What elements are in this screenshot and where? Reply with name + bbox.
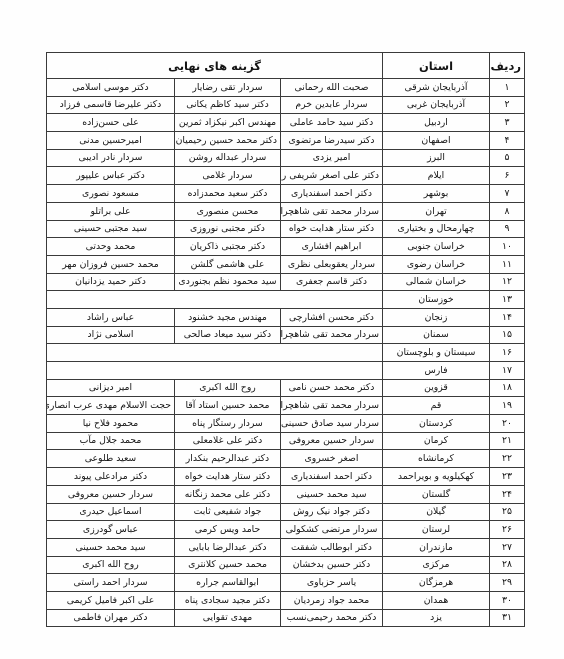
row-number-cell: ۲۱ <box>490 432 525 450</box>
province-cell: اصفهان <box>383 132 490 150</box>
option-cell-3: سردار نادر ادیبی <box>46 149 174 167</box>
province-cell: گیلان <box>383 503 490 521</box>
option-cell-1: سردار حسین معروفی <box>281 432 383 450</box>
province-cell: مرکزی <box>383 556 490 574</box>
option-cell-2: سردار تقی رضایار <box>175 79 281 97</box>
province-cell: خراسان رضوی <box>383 255 490 273</box>
table-row: ۲۶لرستانسردار مرتضی کشکولیحامد ویس کرمیع… <box>46 521 524 539</box>
option-cell-2: حامد ویس کرمی <box>175 521 281 539</box>
row-number-cell: ۹ <box>490 220 525 238</box>
option-cell-2: سردار غلامی <box>175 167 281 185</box>
option-cell-3: دکتر حمید یزدانیان <box>46 273 174 291</box>
option-cell-1: دکتر محمد رحیمی‌نسب <box>281 609 383 627</box>
row-number-cell: ۲۶ <box>490 521 525 539</box>
header-row: ردیف استان گزینه های نهایی <box>46 53 524 79</box>
option-cell-2: دکتر مجید سجادی پناه <box>175 591 281 609</box>
table-row: ۲۳کهکیلویه و بویراحمددکتر احمد اسفندیاری… <box>46 468 524 486</box>
province-cell: لرستان <box>383 521 490 539</box>
row-number-cell: ۱۱ <box>490 255 525 273</box>
province-cell: قزوین <box>383 379 490 397</box>
table-row: ۱۷فارس <box>46 362 524 380</box>
row-number-cell: ۱۹ <box>490 397 525 415</box>
option-cell-1: دکتر احمد اسفندیاری <box>281 185 383 203</box>
option-cell-1: دکتر جواد نیک روش <box>281 503 383 521</box>
option-cell-3: سید مجتبی حسینی <box>46 220 174 238</box>
option-cell-1: سردار مرتضی کشکولی <box>281 521 383 539</box>
row-number-cell: ۳ <box>490 114 525 132</box>
table-row: ۷بوشهردکتر احمد اسفندیاریدکتر سعید محمدز… <box>46 185 524 203</box>
row-number-cell: ۵ <box>490 149 525 167</box>
province-cell: البرز <box>383 149 490 167</box>
table-row: ۲۴گلستانسید محمد حسینیدکتر علی محمد زنگا… <box>46 485 524 503</box>
option-cell-2: محسن منصوری <box>175 202 281 220</box>
province-cell: هرمزگان <box>383 574 490 592</box>
option-cell-3: محمود فلاح نیا <box>46 415 174 433</box>
row-number-cell: ۷ <box>490 185 525 203</box>
province-cell: کرمان <box>383 432 490 450</box>
option-cell-1: دکتر قاسم جعفری <box>281 273 383 291</box>
option-cell-1: دکتر سید حامد عاملی <box>281 114 383 132</box>
province-cell: قم <box>383 397 490 415</box>
option-cell-2: مهندس مجید خشنود <box>175 308 281 326</box>
option-cell-3: دکتر مرادعلی پیوند <box>46 468 174 486</box>
table-row: ۴اصفهاندکتر سیدرضا مرتضویدکتر محمد حسین … <box>46 132 524 150</box>
option-cell-1: سردار محمد تقی شاهچراغی <box>281 326 383 344</box>
option-cell-1: صحبت الله رحمانی <box>281 79 383 97</box>
option-cell-2: علی هاشمی گلشن <box>175 255 281 273</box>
option-cell-1: محمد جواد زمردیان <box>281 591 383 609</box>
table-row: ۱۹قمسردار محمد تقی شاهچراغیمحمد حسین است… <box>46 397 524 415</box>
row-number-cell: ۱۴ <box>490 308 525 326</box>
province-cell: یزد <box>383 609 490 627</box>
option-cell-2: دکتر عبدالرضا بابایی <box>175 538 281 556</box>
option-cell-1: دکتر محسن افشارچی <box>281 308 383 326</box>
governor-candidates-table: ردیف استان گزینه های نهایی ۱آذربایجان شر… <box>46 52 525 627</box>
province-cell: تهران <box>383 202 490 220</box>
option-cell-2: دکتر سید میعاد صالحی <box>175 326 281 344</box>
province-cell: آذربایجان شرقی <box>383 79 490 97</box>
scanned-page: ردیف استان گزینه های نهایی ۱آذربایجان شر… <box>0 0 564 659</box>
option-cell-1: سردار عابدین خرم <box>281 96 383 114</box>
option-cell-3: عباس راشاد <box>46 308 174 326</box>
table-row: ۲آذربایجان غربیسردار عابدین خرمدکتر سید … <box>46 96 524 114</box>
table-row: ۱آذربایجان شرقیصحبت الله رحمانیسردار تقی… <box>46 79 524 97</box>
row-number-cell: ۲۸ <box>490 556 525 574</box>
options-merged-empty-cell <box>46 362 382 380</box>
option-cell-1: دکتر ابوطالب شفقت <box>281 538 383 556</box>
option-cell-3: سردار حسین معروفی <box>46 485 174 503</box>
option-cell-2: دکتر مجتبی نوروزی <box>175 220 281 238</box>
option-cell-2: دکتر محمد حسین رحیمیان <box>175 132 281 150</box>
table-row: ۱۳خوزستان <box>46 291 524 309</box>
option-cell-2: محمد حسین استاد آقا <box>175 397 281 415</box>
row-number-cell: ۱۰ <box>490 238 525 256</box>
province-cell: ایلام <box>383 167 490 185</box>
row-number-cell: ۶ <box>490 167 525 185</box>
table-row: ۱۰خراسان جنوبیابراهیم افشاریدکتر مجتبی ذ… <box>46 238 524 256</box>
row-number-cell: ۱۶ <box>490 344 525 362</box>
province-cell: خراسان جنوبی <box>383 238 490 256</box>
option-cell-2: دکتر مجتبی ذاکریان <box>175 238 281 256</box>
option-cell-1: اصغر خسروی <box>281 450 383 468</box>
option-cell-1: امیر یزدی <box>281 149 383 167</box>
province-cell: کهکیلویه و بویراحمد <box>383 468 490 486</box>
option-cell-1: سردار محمد تقی شاهچراغی <box>281 397 383 415</box>
option-cell-2: ابوالقاسم جراره <box>175 574 281 592</box>
option-cell-1: دکتر سیدرضا مرتضوی <box>281 132 383 150</box>
province-cell: اردبیل <box>383 114 490 132</box>
option-cell-1: سردار یعقوبعلی نظری <box>281 255 383 273</box>
table-row: ۵البرزامیر یزدیسردار عبداله روشنسردار نا… <box>46 149 524 167</box>
province-cell: چهارمحال و بختیاری <box>383 220 490 238</box>
table-row: ۱۸قزویندکتر محمد حسن نامیروح الله اکبریا… <box>46 379 524 397</box>
table-row: ۲۲کرمانشاهاصغر خسرویدکتر عبدالرحیم بنکدا… <box>46 450 524 468</box>
option-cell-3: علی اکبر فامیل کریمی <box>46 591 174 609</box>
table-row: ۲۱کرمانسردار حسین معروفیدکتر علی غلامعلی… <box>46 432 524 450</box>
province-cell: فارس <box>383 362 490 380</box>
option-cell-3: محمد جلال مآب <box>46 432 174 450</box>
option-cell-1: ابراهیم افشاری <box>281 238 383 256</box>
table-row: ۱۲خراسان شمالیدکتر قاسم جعفریسید محمود ن… <box>46 273 524 291</box>
option-cell-2: سید محمود نظم بجنوردی <box>175 273 281 291</box>
row-number-cell: ۳۰ <box>490 591 525 609</box>
header-options: گزینه های نهایی <box>46 53 382 79</box>
row-number-cell: ۲۷ <box>490 538 525 556</box>
row-number-cell: ۴ <box>490 132 525 150</box>
province-cell: خراسان شمالی <box>383 273 490 291</box>
row-number-cell: ۳۱ <box>490 609 525 627</box>
province-cell: مازندران <box>383 538 490 556</box>
option-cell-3: امیرحسین مدنی <box>46 132 174 150</box>
table-row: ۱۵سمنانسردار محمد تقی شاهچراغیدکتر سید م… <box>46 326 524 344</box>
table-row: ۲۷مازندراندکتر ابوطالب شفقتدکتر عبدالرضا… <box>46 538 524 556</box>
option-cell-2: دکتر سعید محمدزاده <box>175 185 281 203</box>
option-cell-3: اسماعیل حیدری <box>46 503 174 521</box>
option-cell-1: سردار محمد تقی شاهچراغی <box>281 202 383 220</box>
option-cell-2: دکتر ستار هدایت خواه <box>175 468 281 486</box>
option-cell-2: مهندس اکبر نیکزاد ثمرین <box>175 114 281 132</box>
option-cell-3: محمد حسین فروزان مهر <box>46 255 174 273</box>
province-cell: همدان <box>383 591 490 609</box>
option-cell-3: حجت الاسلام مهدی عرب انصاری <box>46 397 174 415</box>
option-cell-1: دکتر ستار هدایت خواه <box>281 220 383 238</box>
option-cell-1: یاسر حزباوی <box>281 574 383 592</box>
option-cell-3: علی براتلو <box>46 202 174 220</box>
row-number-cell: ۱۳ <box>490 291 525 309</box>
table-row: ۲۰کردستانسردار سید صادق حسینیسردار رستگا… <box>46 415 524 433</box>
table-row: ۹چهارمحال و بختیاریدکتر ستار هدایت خواهد… <box>46 220 524 238</box>
option-cell-3: عباس گودرزی <box>46 521 174 539</box>
option-cell-2: جواد شفیعی ثابت <box>175 503 281 521</box>
option-cell-3: اسلامی نژاد <box>46 326 174 344</box>
province-cell: سیستان و بلوچستان <box>383 344 490 362</box>
row-number-cell: ۱۵ <box>490 326 525 344</box>
option-cell-3: علی حسن‌زاده <box>46 114 174 132</box>
province-cell: بوشهر <box>383 185 490 203</box>
table-row: ۳۱یزددکتر محمد رحیمی‌نسبمهدی تقواییدکتر … <box>46 609 524 627</box>
table-row: ۶ایلامدکتر علی اصغر شریفی رادسردار غلامی… <box>46 167 524 185</box>
table-row: ۱۱خراسان رضویسردار یعقوبعلی نظریعلی هاشم… <box>46 255 524 273</box>
province-cell: زنجان <box>383 308 490 326</box>
option-cell-2: محمد حسین کلانتری <box>175 556 281 574</box>
option-cell-2: دکتر سید کاظم یکانی <box>175 96 281 114</box>
province-cell: کرمانشاه <box>383 450 490 468</box>
option-cell-3: دکتر علیرضا قاسمی فرزاد <box>46 96 174 114</box>
option-cell-3: دکتر موسی اسلامی <box>46 79 174 97</box>
option-cell-2: دکتر علی غلامعلی <box>175 432 281 450</box>
table-row: ۲۹هرمزگانیاسر حزباویابوالقاسم جرارهسردار… <box>46 574 524 592</box>
table-row: ۳اردبیلدکتر سید حامد عاملیمهندس اکبر نیک… <box>46 114 524 132</box>
header-ostan: استان <box>383 53 490 79</box>
option-cell-3: امیر دیزانی <box>46 379 174 397</box>
option-cell-2: دکتر علی محمد زنگانه <box>175 485 281 503</box>
header-radif: ردیف <box>490 53 525 79</box>
table-row: ۲۵گیلاندکتر جواد نیک روشجواد شفیعی ثابتا… <box>46 503 524 521</box>
option-cell-2: روح الله اکبری <box>175 379 281 397</box>
province-cell: سمنان <box>383 326 490 344</box>
table-row: ۱۴زنجاندکتر محسن افشارچیمهندس مجید خشنود… <box>46 308 524 326</box>
row-number-cell: ۱۷ <box>490 362 525 380</box>
option-cell-3: دکتر عباس علیپور <box>46 167 174 185</box>
row-number-cell: ۲۳ <box>490 468 525 486</box>
option-cell-1: سردار سید صادق حسینی <box>281 415 383 433</box>
option-cell-1: سید محمد حسینی <box>281 485 383 503</box>
row-number-cell: ۸ <box>490 202 525 220</box>
table-row: ۳۰همدانمحمد جواد زمردیاندکتر مجید سجادی … <box>46 591 524 609</box>
table-header: ردیف استان گزینه های نهایی <box>46 53 524 79</box>
option-cell-3: روح الله اکبری <box>46 556 174 574</box>
row-number-cell: ۲۵ <box>490 503 525 521</box>
option-cell-3: محمد وحدتی <box>46 238 174 256</box>
option-cell-2: سردار رستگار پناه <box>175 415 281 433</box>
option-cell-2: مهدی تقوایی <box>175 609 281 627</box>
option-cell-3: مسعود نصوری <box>46 185 174 203</box>
option-cell-3: سردار احمد راستی <box>46 574 174 592</box>
table-row: ۲۸مرکزیدکتر حسین بدخشانمحمد حسین کلانتری… <box>46 556 524 574</box>
table-row: ۸تهرانسردار محمد تقی شاهچراغیمحسن منصوری… <box>46 202 524 220</box>
table-row: ۱۶سیستان و بلوچستان <box>46 344 524 362</box>
row-number-cell: ۲۴ <box>490 485 525 503</box>
province-cell: گلستان <box>383 485 490 503</box>
province-cell: آذربایجان غربی <box>383 96 490 114</box>
options-merged-empty-cell <box>46 291 382 309</box>
row-number-cell: ۱ <box>490 79 525 97</box>
option-cell-3: سید محمد حسینی <box>46 538 174 556</box>
province-cell: کردستان <box>383 415 490 433</box>
table-body: ۱آذربایجان شرقیصحبت الله رحمانیسردار تقی… <box>46 79 524 627</box>
options-merged-empty-cell <box>46 344 382 362</box>
province-cell: خوزستان <box>383 291 490 309</box>
row-number-cell: ۲۹ <box>490 574 525 592</box>
row-number-cell: ۱۸ <box>490 379 525 397</box>
option-cell-2: دکتر عبدالرحیم بنکدار <box>175 450 281 468</box>
option-cell-3: دکتر مهران فاطمی <box>46 609 174 627</box>
row-number-cell: ۲۰ <box>490 415 525 433</box>
row-number-cell: ۲۲ <box>490 450 525 468</box>
option-cell-1: دکتر علی اصغر شریفی راد <box>281 167 383 185</box>
option-cell-1: دکتر حسین بدخشان <box>281 556 383 574</box>
option-cell-1: دکتر احمد اسفندیاری <box>281 468 383 486</box>
option-cell-2: سردار عبداله روشن <box>175 149 281 167</box>
row-number-cell: ۱۲ <box>490 273 525 291</box>
option-cell-1: دکتر محمد حسن نامی <box>281 379 383 397</box>
option-cell-3: سعید طلوعی <box>46 450 174 468</box>
row-number-cell: ۲ <box>490 96 525 114</box>
